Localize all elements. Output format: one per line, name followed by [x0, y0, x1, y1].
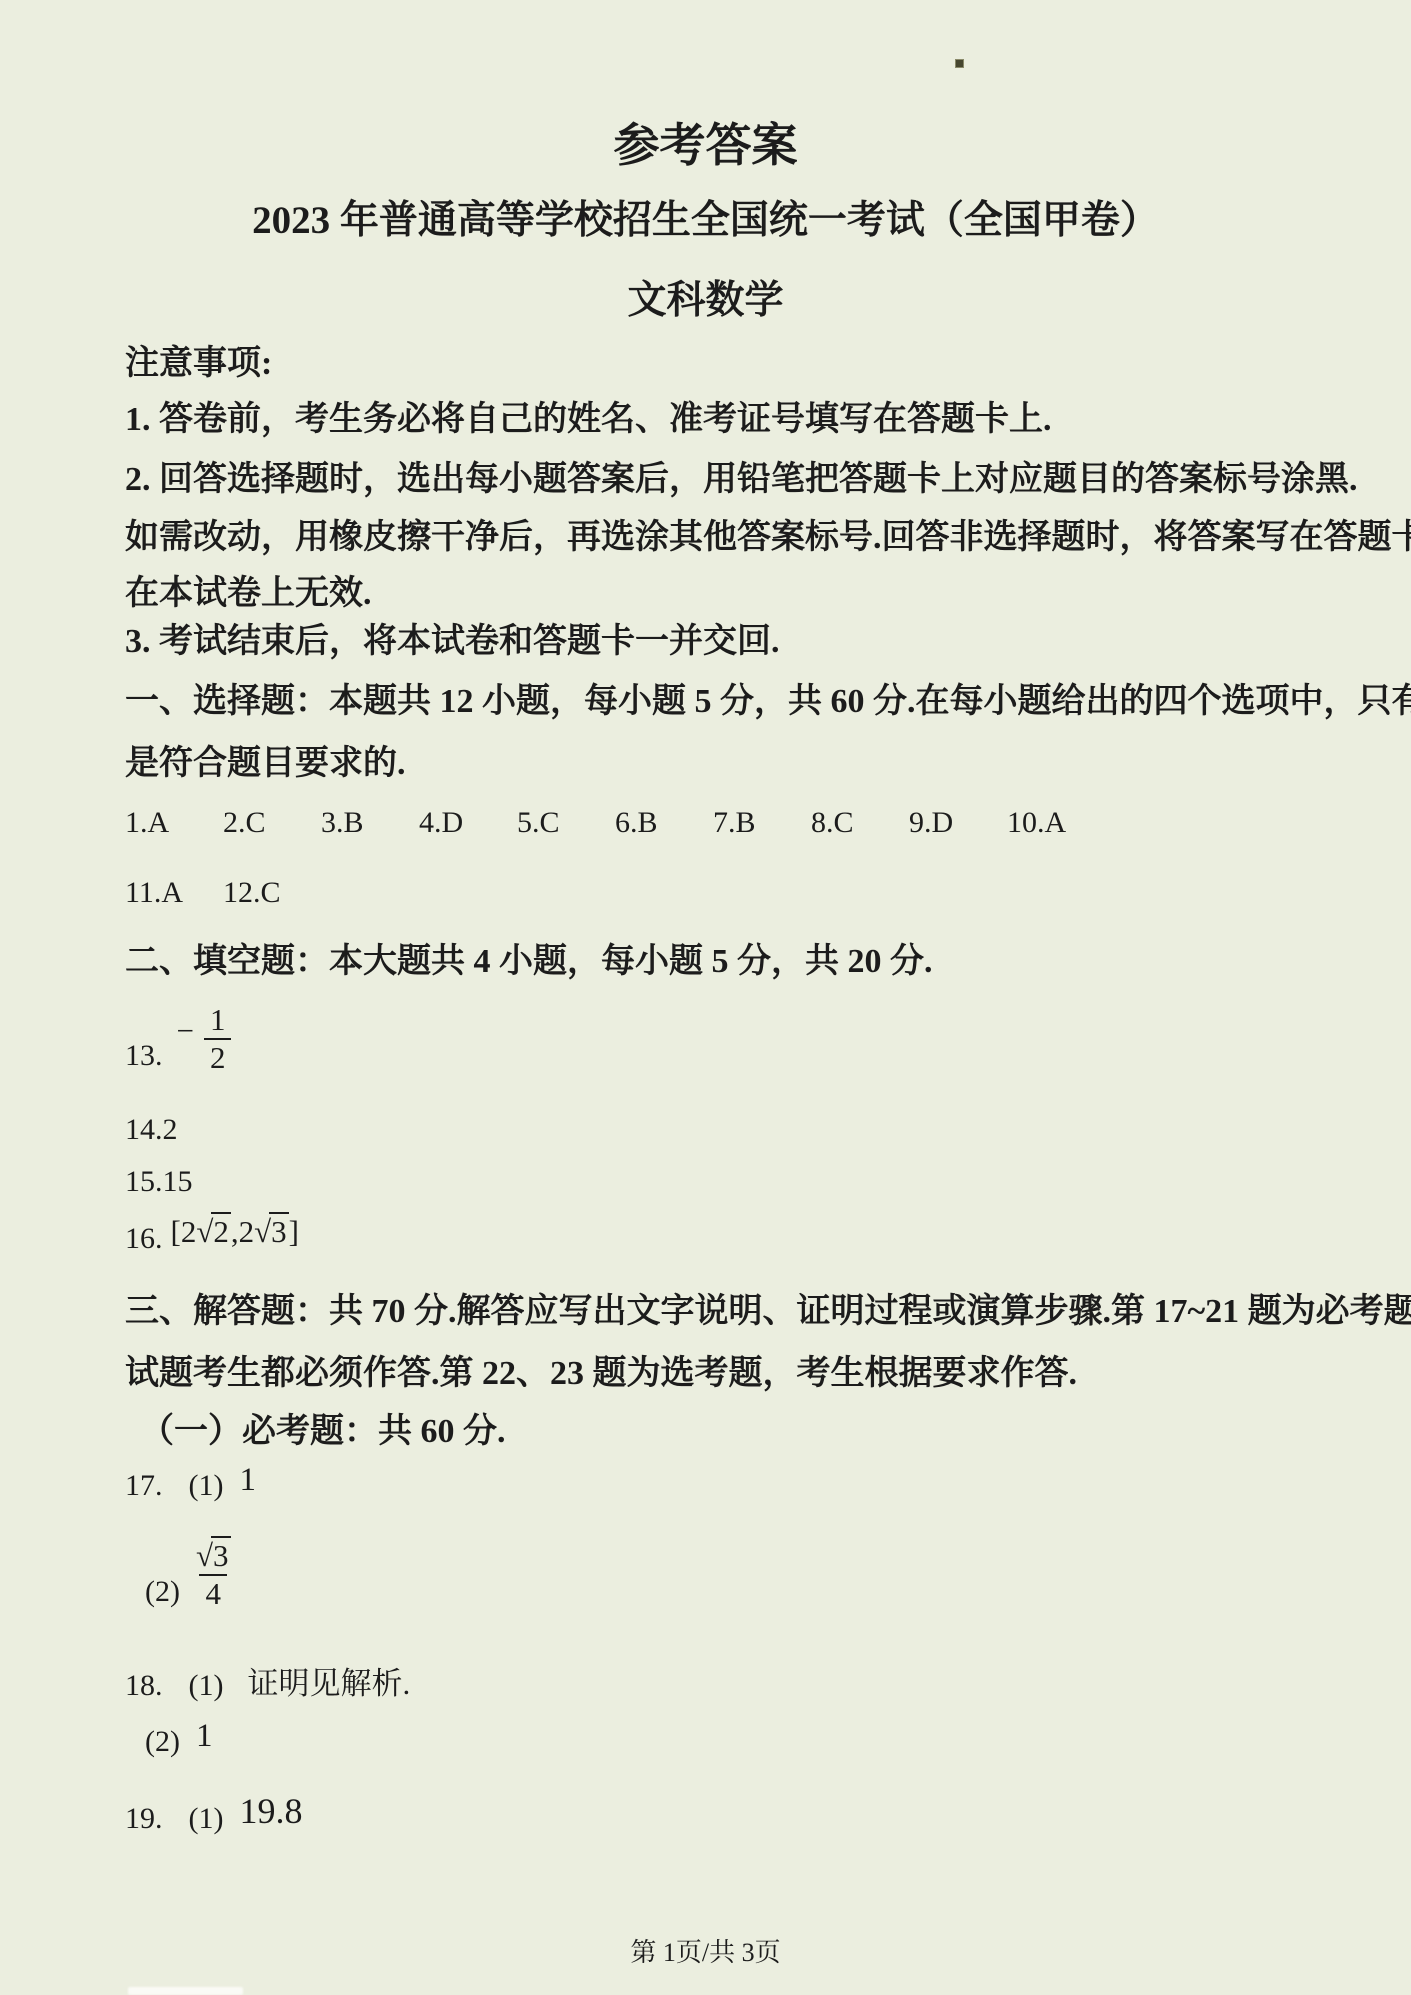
radicand: 2 — [211, 1212, 231, 1249]
answer-item: 1.A — [125, 806, 223, 840]
radicand: 3 — [269, 1212, 289, 1249]
q19-part1-label: (1) — [189, 1802, 224, 1838]
page-title: 参考答案 — [0, 118, 1411, 173]
q18-label: 18. — [125, 1669, 163, 1705]
q13-label: 13. — [125, 1039, 163, 1075]
q17-part2-answer: (2) √3 4 — [145, 1538, 237, 1611]
answer-item: 7.B — [713, 806, 811, 840]
sqrt-sign: √ — [196, 1538, 211, 1573]
fraction-numerator: 1 — [204, 1002, 232, 1038]
fraction-denominator: 2 — [204, 1038, 232, 1076]
dot-artifact — [956, 60, 963, 67]
answer-item: 6.B — [615, 806, 713, 840]
q19-label: 19. — [125, 1802, 163, 1838]
q18-part1-label: (1) — [189, 1669, 224, 1705]
fraction-numerator: √3 — [190, 1538, 237, 1574]
q16-label: 16. — [125, 1222, 163, 1258]
q18-part2-answer: (2) 1 — [145, 1724, 212, 1761]
q13-answer: 13. − 1 2 — [125, 1002, 231, 1075]
answer-item: 10.A — [1007, 806, 1105, 840]
answer-item: 5.C — [517, 806, 615, 840]
q19-answer: 19. (1) 19.8 — [125, 1796, 302, 1838]
q18-part1-value: 证明见解析. — [247, 1658, 410, 1705]
notice-item-2-cont-1: 如需改动，用橡皮擦干净后，再选涂其他答案标号.回答非选择题时，将答案写在答题卡上… — [125, 518, 1411, 559]
answer-item: 11.A — [125, 876, 223, 910]
subject-title: 文科数学 — [0, 278, 1411, 325]
solve-subheading: （一）必考题：共 60 分. — [140, 1412, 506, 1453]
fill-section-heading: 二、填空题：本大题共 4 小题，每小题 5 分，共 20 分. — [125, 942, 933, 983]
choice-section-heading-line-2: 是符合题目要求的. — [125, 744, 406, 785]
minus-sign: − — [177, 1013, 194, 1049]
interval-close: ] — [289, 1214, 299, 1249]
answer-item: 4.D — [419, 806, 517, 840]
fraction: 1 2 — [204, 1002, 232, 1075]
q17-part1-label: (1) — [189, 1469, 224, 1505]
notice-item-2: 2. 回答选择题时，选出每小题答案后，用铅笔把答题卡上对应题目的答案标号涂黑. — [125, 460, 1358, 501]
answer-item: 2.C — [223, 806, 321, 840]
q17-label: 17. — [125, 1469, 163, 1505]
q18-part2-label: (2) — [145, 1725, 180, 1761]
smudge-artifact — [128, 1987, 243, 1995]
interval-open: [2 — [171, 1214, 197, 1249]
q14-answer: 14.2 — [125, 1112, 178, 1148]
q18-part2-value: 1 — [196, 1718, 213, 1755]
page-footer: 第 1页/共 3页 — [0, 1932, 1411, 1969]
q15-answer: 15.15 — [125, 1164, 193, 1200]
q17-part1-answer: 17. (1) 1 — [125, 1468, 256, 1505]
sqrt-sign: √ — [254, 1214, 269, 1249]
answer-item: 9.D — [909, 806, 1007, 840]
fraction: √3 4 — [190, 1538, 237, 1611]
notice-heading: 注意事项: — [125, 344, 272, 385]
answer-item: 3.B — [321, 806, 419, 840]
fraction-denominator: 4 — [199, 1574, 227, 1612]
answer-sheet-page: 参考答案 2023 年普通高等学校招生全国统一考试（全国甲卷） 文科数学 注意事… — [0, 0, 1411, 1995]
answer-item: 12.C — [223, 876, 321, 910]
q17-part1-value: 1 — [239, 1462, 256, 1499]
radicand: 3 — [211, 1536, 231, 1573]
solve-section-heading-line-1: 三、解答题：共 70 分.解答应写出文字说明、证明过程或演算步骤.第 17~21… — [125, 1292, 1411, 1333]
interval-middle: ,2 — [231, 1214, 254, 1249]
choice-answers-row-1: 1.A2.C3.B4.D5.C6.B7.B8.C9.D10.A — [125, 806, 1105, 840]
sqrt-sign: √ — [196, 1214, 211, 1249]
notice-item-2-cont-2: 在本试卷上无效. — [125, 574, 372, 615]
q17-part2-label: (2) — [145, 1575, 180, 1611]
exam-subtitle: 2023 年普通高等学校招生全国统一考试（全国甲卷） — [0, 198, 1411, 245]
solve-section-heading-line-2: 试题考生都必须作答.第 22、23 题为选考题，考生根据要求作答. — [125, 1354, 1077, 1395]
choice-answers-row-2: 11.A12.C — [125, 876, 321, 910]
interval-value: [2√2,2√3] — [171, 1214, 299, 1250]
answer-item: 8.C — [811, 806, 909, 840]
choice-section-heading-line-1: 一、选择题：本题共 12 小题，每小题 5 分，共 60 分.在每小题给出的四个… — [125, 682, 1411, 723]
q18-part1-answer: 18. (1) 证明见解析. — [125, 1658, 410, 1705]
notice-item-3: 3. 考试结束后，将本试卷和答题卡一并交回. — [125, 622, 780, 663]
q16-answer: 16. [2√2,2√3] — [125, 1222, 299, 1258]
notice-item-1: 1. 答卷前，考生务必将自己的姓名、准考证号填写在答题卡上. — [125, 400, 1052, 441]
q19-value: 19.8 — [239, 1790, 302, 1832]
